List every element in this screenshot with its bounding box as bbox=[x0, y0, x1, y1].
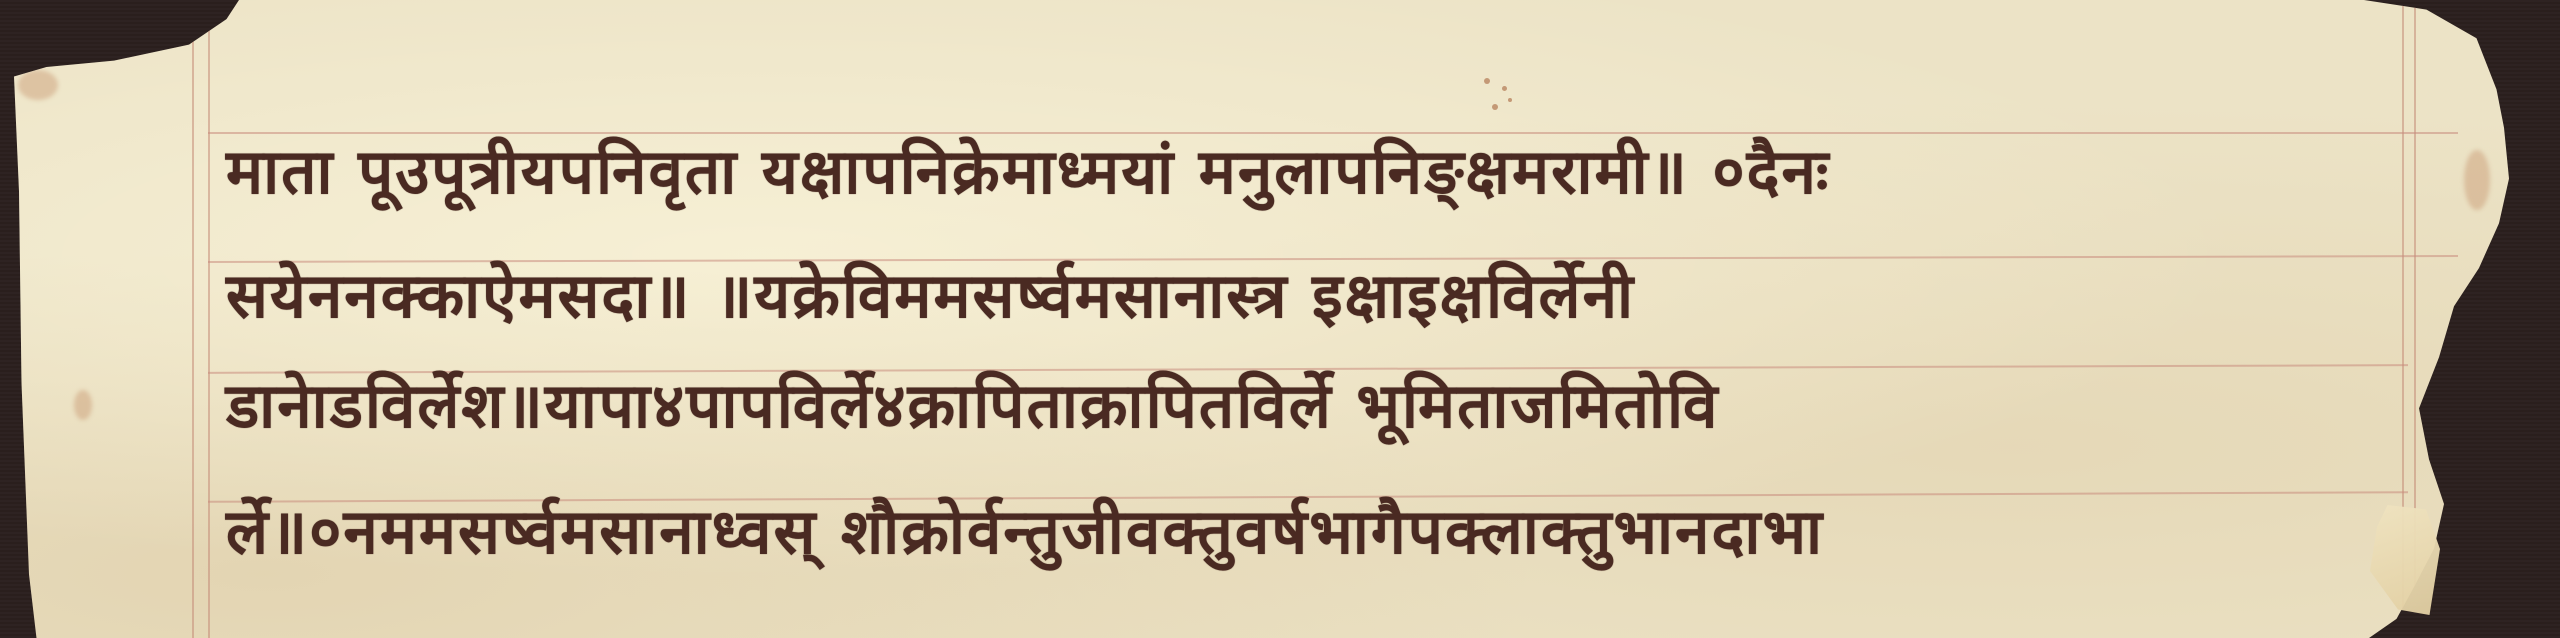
edge-stain bbox=[74, 390, 92, 420]
ink-spatter bbox=[1484, 78, 1490, 84]
manuscript-line-3: डानेाडविर्लेश॥यापा४पापविर्ले४क्रापिताक्र… bbox=[226, 362, 1720, 446]
ink-spatter bbox=[1502, 86, 1507, 91]
manuscript-line-4: र्ले॥०नममसर्ष्वमसानाध्वस् शौक्रोर्वन्तुज… bbox=[226, 488, 1824, 572]
paper-folio: माता पूउपूत्रीयपनिवृता यक्षापनिक्रेमाध्म… bbox=[14, 0, 2514, 638]
left-margin-rule-inner bbox=[208, 0, 210, 638]
left-margin-rule-outer bbox=[192, 0, 194, 638]
manuscript-line-1: माता पूउपूत्रीयपनिवृता यक्षापनिक्रेमाध्म… bbox=[226, 128, 1830, 212]
manuscript-photo: माता पूउपूत्रीयपनिवृता यक्षापनिक्रेमाध्म… bbox=[0, 0, 2560, 638]
ink-spatter bbox=[1508, 98, 1512, 102]
edge-stain bbox=[2464, 150, 2490, 210]
ink-spatter bbox=[1492, 104, 1498, 110]
manuscript-line-2: सयेननक्काऐमसदा॥ ॥यक्रेविममसर्ष्वमसानास्त… bbox=[226, 252, 1635, 336]
edge-stain bbox=[18, 70, 58, 100]
